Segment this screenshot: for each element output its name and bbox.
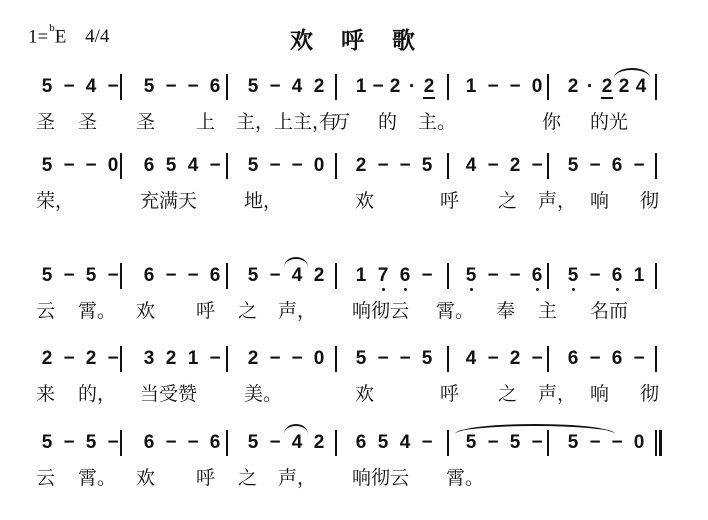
slur-mark: [614, 68, 650, 78]
lyric-syllable: 呼: [440, 189, 459, 213]
lyric-syllable: 响彻云: [352, 466, 409, 490]
lyric-syllable: 声，: [538, 382, 576, 406]
lyric-syllable: 主: [538, 299, 557, 323]
note: 5: [84, 265, 98, 287]
lyric-syllable: 欢: [136, 299, 155, 323]
dash: −: [398, 155, 412, 177]
note: 5: [508, 432, 522, 454]
note: 4: [634, 76, 648, 98]
note: 1: [354, 265, 368, 287]
dash: −: [486, 348, 500, 370]
note: 5: [40, 155, 54, 177]
flat-sign: b: [49, 22, 55, 34]
note: 5: [464, 432, 478, 454]
note: 5: [164, 155, 178, 177]
note: 5: [246, 432, 260, 454]
barline: [547, 153, 549, 179]
note: 6: [142, 265, 156, 287]
time-signature: 4/4: [85, 26, 109, 47]
note: 2: [312, 76, 326, 98]
barline: [655, 346, 657, 372]
dash: −: [268, 432, 282, 454]
note: 4: [398, 432, 412, 454]
lyric-syllable: 欢: [355, 382, 374, 406]
note: 5: [464, 265, 478, 287]
dash: −: [62, 155, 76, 177]
lyric-syllable: 呼: [196, 466, 215, 490]
lyrics-row: 圣圣圣上主，上主，万有的主。你的光: [0, 110, 708, 138]
lyric-syllable: 的: [378, 110, 397, 134]
note: 6: [610, 265, 624, 287]
dash: −: [376, 348, 390, 370]
dot: ·: [583, 76, 597, 98]
lyric-syllable: 声，: [278, 299, 316, 323]
dash: −: [290, 348, 304, 370]
barline: [120, 346, 122, 372]
lyric-syllable: 彻: [640, 382, 659, 406]
dash: −: [530, 155, 544, 177]
note: 5: [566, 155, 580, 177]
lyric-syllable: 有: [319, 110, 338, 134]
final-barline: [655, 430, 662, 456]
lyric-syllable: 名而: [590, 299, 628, 323]
note: 2: [566, 76, 580, 98]
barline: [447, 74, 449, 100]
note: 2: [422, 76, 436, 99]
dash: −: [268, 348, 282, 370]
dot: ·: [405, 76, 419, 98]
lyric-syllable: 霄。: [436, 299, 474, 323]
note: 5: [376, 432, 390, 454]
lyric-syllable: 奉: [496, 299, 515, 323]
notes-row: 5−5−6−−65−42176−5−−65−61: [0, 265, 708, 295]
barline: [447, 263, 449, 289]
lyric-syllable: 响彻云: [352, 299, 409, 323]
dash: −: [106, 348, 120, 370]
notes-row: 5−−0654−5−−02−−54−2−5−6−: [0, 155, 708, 185]
dash: −: [62, 76, 76, 98]
dash: −: [62, 348, 76, 370]
slur-mark: [455, 424, 615, 434]
note: 2: [354, 155, 368, 177]
barline: [547, 74, 549, 100]
dash: −: [508, 265, 522, 287]
lyrics-row: 云霄。欢呼之声，响彻云霄。: [0, 466, 708, 494]
note: 2: [617, 76, 631, 98]
note: 6: [610, 348, 624, 370]
note: 6: [208, 76, 222, 98]
notes-row: 5−5−6−−65−42654−5−5−5−−0: [0, 432, 708, 462]
lyric-syllable: 圣: [78, 110, 97, 134]
note: 2: [600, 76, 614, 99]
dash: −: [420, 432, 434, 454]
dash: −: [486, 265, 500, 287]
note: 2: [164, 348, 178, 370]
barline: [547, 346, 549, 372]
dash: −: [290, 155, 304, 177]
lyric-syllable: 之: [498, 189, 517, 213]
dash: −: [588, 265, 602, 287]
dash: −: [486, 432, 500, 454]
barline: [447, 430, 449, 456]
barline: [226, 153, 228, 179]
note: 3: [142, 348, 156, 370]
note: 4: [290, 432, 304, 454]
dash: −: [84, 155, 98, 177]
note: 2: [246, 348, 260, 370]
note: 0: [106, 155, 120, 177]
note: 6: [610, 155, 624, 177]
dash: −: [376, 155, 390, 177]
lyric-syllable: 荣，: [36, 189, 74, 213]
lyric-syllable: 充满天: [140, 189, 197, 213]
lyric-syllable: 云: [36, 466, 55, 490]
lyric-syllable: 霄。: [446, 466, 484, 490]
lyric-syllable: 声，: [278, 466, 316, 490]
lyric-syllable: 的，: [78, 382, 116, 406]
dash: −: [186, 265, 200, 287]
dash: −: [486, 76, 500, 98]
barline: [655, 263, 657, 289]
dash: −: [164, 265, 178, 287]
note: 5: [142, 76, 156, 98]
dash: −: [420, 265, 434, 287]
lyric-syllable: 你: [542, 110, 561, 134]
note: 5: [84, 432, 98, 454]
note: 4: [186, 155, 200, 177]
barline: [226, 74, 228, 100]
dash: −: [208, 155, 222, 177]
dash: −: [610, 432, 624, 454]
lyrics-row: 来的，当受赞美。欢呼之声，响彻: [0, 382, 708, 410]
lyric-syllable: 呼: [440, 382, 459, 406]
note: 0: [312, 155, 326, 177]
song-title: 欢 呼 歌: [290, 22, 425, 55]
barline: [655, 74, 657, 100]
note: 2: [508, 155, 522, 177]
slur-mark: [284, 424, 308, 434]
lyric-syllable: 当受赞: [140, 382, 197, 406]
lyric-syllable: 呼: [196, 299, 215, 323]
lyric-syllable: 上: [196, 110, 215, 134]
dash: −: [588, 432, 602, 454]
dash: −: [164, 432, 178, 454]
note: 6: [208, 432, 222, 454]
dash: −: [62, 432, 76, 454]
lyric-syllable: 之: [238, 299, 257, 323]
lyric-syllable: 之: [238, 466, 257, 490]
note: 6: [566, 348, 580, 370]
dash: −: [632, 348, 646, 370]
lyrics-row: 云霄。欢呼之声，响彻云霄。奉主名而: [0, 299, 708, 327]
note: 5: [246, 265, 260, 287]
lyric-syllable: 欢: [355, 189, 374, 213]
lyric-syllable: 霄。: [78, 466, 116, 490]
dash: −: [186, 76, 200, 98]
barline: [120, 74, 122, 100]
note: 1: [464, 76, 478, 98]
key-note: E: [55, 26, 67, 47]
lyric-syllable: 欢: [136, 466, 155, 490]
note: 6: [354, 432, 368, 454]
barline: [335, 263, 337, 289]
key-signature: 1=bE 4/4: [28, 26, 109, 48]
note: 2: [312, 265, 326, 287]
note: 6: [530, 265, 544, 287]
note: 5: [420, 348, 434, 370]
dash: −: [508, 76, 522, 98]
lyric-syllable: 彻: [640, 189, 659, 213]
note: 7: [376, 265, 390, 287]
lyric-syllable: 之: [498, 382, 517, 406]
dash: −: [530, 348, 544, 370]
lyric-syllable: 圣: [136, 110, 155, 134]
note: 6: [208, 265, 222, 287]
dash: −: [106, 432, 120, 454]
notes-row: 2−2−321−2−−05−−54−2−6−6−: [0, 348, 708, 378]
dash: −: [398, 348, 412, 370]
note: 2: [388, 76, 402, 98]
barline: [335, 346, 337, 372]
note: 1: [186, 348, 200, 370]
lyric-syllable: 云: [36, 299, 55, 323]
note: 5: [566, 432, 580, 454]
note: 5: [40, 432, 54, 454]
note: 5: [40, 265, 54, 287]
note: 5: [566, 265, 580, 287]
barline: [226, 346, 228, 372]
note: 4: [464, 348, 478, 370]
lyric-syllable: 响: [590, 189, 609, 213]
lyric-syllable: 来: [36, 382, 55, 406]
note: 5: [40, 76, 54, 98]
barline: [120, 430, 122, 456]
note: 6: [398, 265, 412, 287]
lyric-syllable: 的光: [590, 110, 628, 134]
note: 5: [246, 155, 260, 177]
note: 0: [632, 432, 646, 454]
note: 5: [246, 76, 260, 98]
barline: [226, 263, 228, 289]
dash: −: [588, 155, 602, 177]
note: 4: [290, 76, 304, 98]
note: 2: [312, 432, 326, 454]
dash: −: [268, 265, 282, 287]
note: 0: [530, 76, 544, 98]
key-prefix: 1=: [28, 26, 48, 47]
barline: [335, 430, 337, 456]
note: 2: [40, 348, 54, 370]
barline: [447, 346, 449, 372]
notes-row: 5−4−5−−65−421−2·21−−02·224: [0, 76, 708, 106]
note: 1: [354, 76, 368, 98]
note: 4: [464, 155, 478, 177]
lyric-syllable: 主。: [418, 110, 456, 134]
lyrics-row: 荣，充满天地，欢呼之声，响彻: [0, 189, 708, 217]
dash: −: [106, 265, 120, 287]
dash: −: [588, 348, 602, 370]
dash: −: [268, 155, 282, 177]
lyric-syllable: 霄。: [78, 299, 116, 323]
barline: [226, 430, 228, 456]
note: 0: [312, 348, 326, 370]
dash: −: [530, 432, 544, 454]
note: 5: [420, 155, 434, 177]
dash: −: [106, 76, 120, 98]
dash: −: [208, 348, 222, 370]
note: 6: [142, 155, 156, 177]
note: 4: [84, 76, 98, 98]
lyric-syllable: 地，: [244, 189, 282, 213]
barline: [335, 153, 337, 179]
dash: −: [186, 432, 200, 454]
lyric-syllable: 声，: [538, 189, 576, 213]
dash: −: [62, 265, 76, 287]
barline: [655, 153, 657, 179]
note: 5: [354, 348, 368, 370]
note: 2: [508, 348, 522, 370]
dash: −: [486, 155, 500, 177]
dash: −: [164, 76, 178, 98]
barline: [547, 263, 549, 289]
lyric-syllable: 美。: [244, 382, 282, 406]
barline: [447, 153, 449, 179]
barline: [120, 153, 122, 179]
note: 1: [632, 265, 646, 287]
note: 6: [142, 432, 156, 454]
dash: −: [268, 76, 282, 98]
barline: [335, 74, 337, 100]
lyric-syllable: 响: [590, 382, 609, 406]
slur-mark: [284, 257, 308, 267]
note: 2: [84, 348, 98, 370]
lyric-syllable: 圣: [36, 110, 55, 134]
dash: −: [371, 76, 385, 98]
barline: [120, 263, 122, 289]
note: 4: [290, 265, 304, 287]
dash: −: [632, 155, 646, 177]
